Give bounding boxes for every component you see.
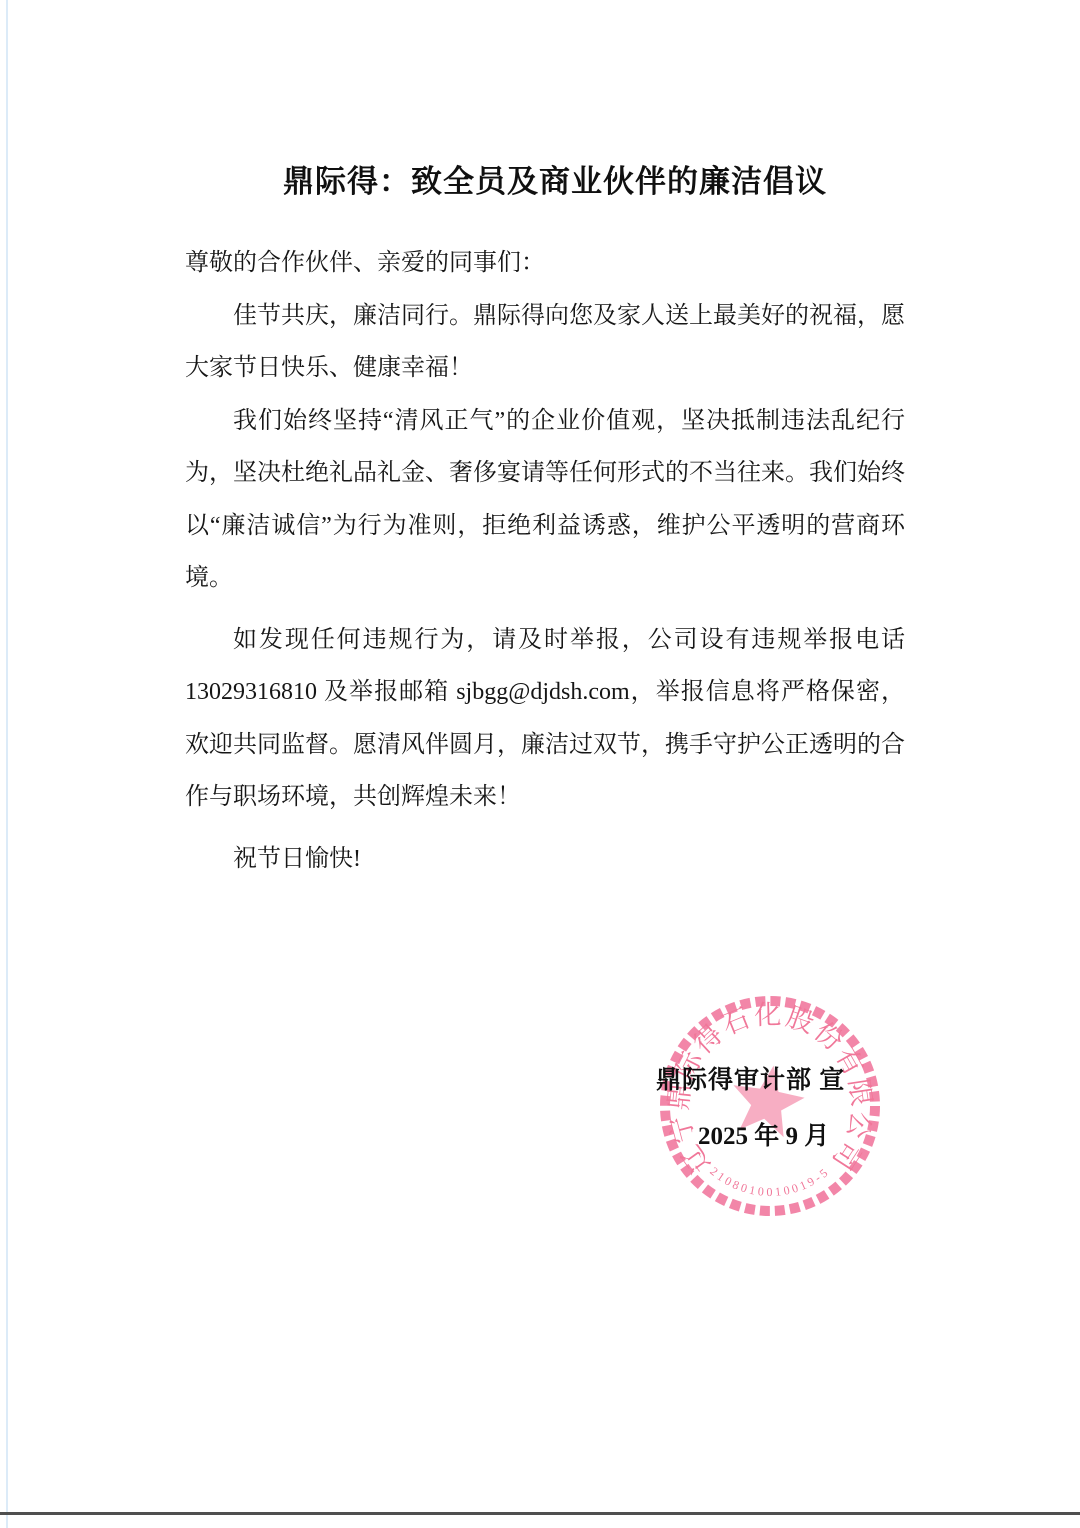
stamp-serial-arc-text: 2108010010019-5: [707, 1164, 832, 1199]
signature-date: 2025 年 9 月: [698, 1116, 829, 1152]
body-line: 如发现任何违规行为，请及时举报，公司设有违规举报电话: [185, 614, 905, 667]
scan-artifact-left-line: [6, 0, 8, 1528]
body-line: 欢迎共同监督。愿清风伴圆月，廉洁过双节，携手守护公正透明的合: [185, 719, 905, 772]
letter-page: 鼎际得：致全员及商业伙伴的廉洁倡议 尊敬的合作伙伴、亲爱的同事们：佳节共庆，廉洁…: [0, 0, 1080, 1528]
body-line: 祝节日愉快!: [185, 833, 905, 886]
body-line: 佳节共庆，廉洁同行。鼎际得向您及家人送上最美好的祝福，愿: [185, 290, 905, 343]
signature-issuer: 鼎际得审计部 宣: [656, 1060, 845, 1096]
body-line: 以“廉洁诚信”为行为准则，拒绝利益诱惑，维护公平透明的营商环: [185, 500, 905, 553]
body-line: 13029316810 及举报邮箱 sjbgg@djdsh.com，举报信息将严…: [185, 666, 905, 719]
body-line: 我们始终坚持“清风正气”的企业价值观，坚决抵制违法乱纪行: [185, 395, 905, 448]
scan-artifact-bottom-edge: [0, 1512, 1080, 1515]
letter-title: 鼎际得：致全员及商业伙伴的廉洁倡议: [185, 156, 925, 201]
body-line: 大家节日快乐、健康幸福！: [185, 342, 905, 395]
body-line: 为，坚决杜绝礼品礼金、奢侈宴请等任何形式的不当往来。我们始终: [185, 447, 905, 500]
letter-body: 尊敬的合作伙伴、亲爱的同事们：佳节共庆，廉洁同行。鼎际得向您及家人送上最美好的祝…: [185, 237, 905, 885]
company-seal-stamp: 辽宁鼎际得石化股份有限公司 2108010010019-5: [650, 986, 890, 1226]
body-line: 作与职场环境，共创辉煌未来！: [185, 771, 905, 824]
body-line: 尊敬的合作伙伴、亲爱的同事们：: [185, 237, 905, 290]
body-line: 境。: [185, 552, 905, 605]
